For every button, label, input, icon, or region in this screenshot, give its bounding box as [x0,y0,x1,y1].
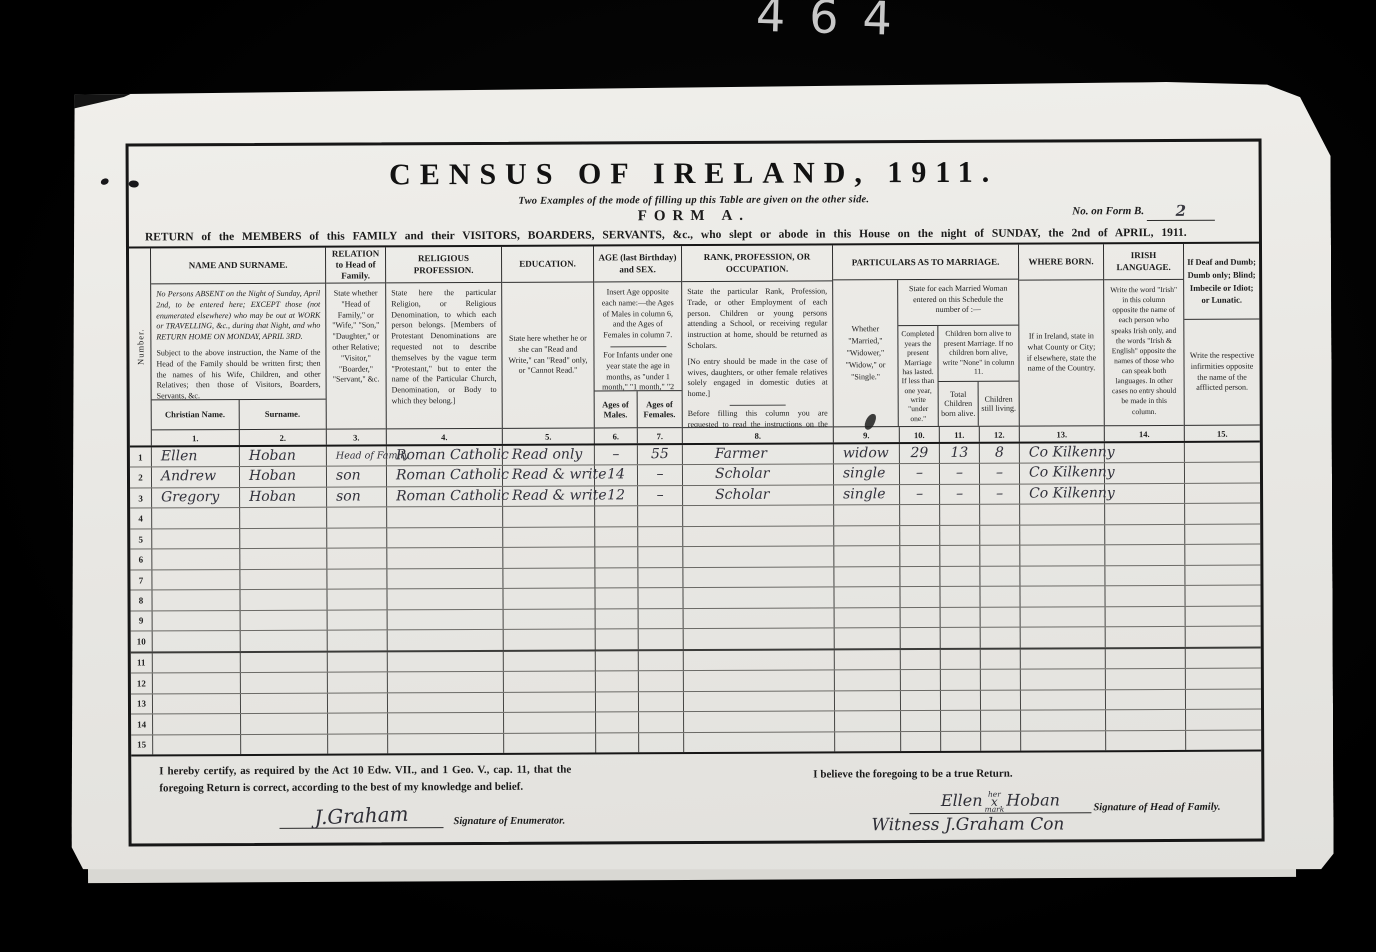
cell-education [504,609,596,629]
irish-title: IRISH LANGUAGE. [1104,244,1183,280]
cell-marriage [834,546,900,566]
cell-where_born: Co Kilkenny [1020,484,1105,504]
cell-no: 4 [130,509,152,529]
cell-born_alive: 13 [940,444,980,464]
column-marriage-group: PARTICULARS AS TO MARRIAGE. Whether "Mar… [833,245,1020,443]
cell-age_f [638,547,683,567]
cell-education [503,548,595,568]
cell-where_born [1020,587,1105,607]
marriage-title: PARTICULARS AS TO MARRIAGE. [833,245,1018,281]
cell-born_alive [940,567,980,587]
cell-age_f [639,609,684,629]
cell-relation [327,508,387,528]
cell-years: – [900,485,940,505]
column-education: EDUCATION. State here whether he or she … [502,246,595,443]
cell-infirmity [1186,627,1261,647]
name-subheaders: Christian Name. Surname. [152,399,326,430]
cell-age_f: – [638,486,683,506]
cell-irish [1105,484,1185,504]
column-religion: RELIGIOUS PROFESSION. State here the par… [386,247,503,445]
cell-religion [387,548,503,568]
cell-age_m [596,671,639,691]
cell-surname [240,549,327,569]
cell-marriage [834,587,900,607]
cell-infirmity [1185,565,1260,585]
cell-age_f [639,712,684,732]
cell-christian [153,611,241,631]
cell-occupation [683,506,834,526]
marriage-lower: Completed years the present Marriage has… [898,326,1018,426]
cell-age_m [596,651,639,671]
column-irish-language: IRISH LANGUAGE. Write the word "Irish" i… [1104,244,1185,441]
cell-years [901,628,941,648]
cell-education [503,507,595,527]
cell-irish [1105,566,1185,586]
column-number-7: 7. [638,428,682,443]
cell-years: 29 [900,444,940,464]
cell-born_alive [941,711,981,731]
form-b-number: No. on Form B. 2 [1072,200,1215,220]
marriage-column-numbers: 9. 10. 11. 12. [834,426,1019,443]
column-relation: RELATION to Head of Family. State whethe… [326,247,387,444]
cell-infirmity [1185,504,1260,524]
return-statement: RETURN of the MEMBERS of this FAMILY and… [145,227,1243,244]
cell-occupation [684,712,835,732]
cell-where_born [1021,690,1106,710]
form-b-value-handwritten: 2 [1147,202,1215,221]
cell-marriage: single [834,485,900,505]
subheader-ages-females: Ages of Females. [637,391,682,427]
cell-living [981,670,1021,690]
cell-no: 12 [131,674,153,694]
age-column-numbers: 6. 7. [595,427,682,443]
scan-background: 464 CENSUS OF IRELAND, 1911. Two Example… [0,0,1376,952]
cell-occupation [683,526,834,546]
census-form: CENSUS OF IRELAND, 1911. Two Examples of… [126,139,1265,847]
cell-no: 11 [131,653,153,673]
cell-no: 2 [130,468,152,488]
subheader-ages-males: Ages of Males. [595,391,638,427]
cell-irish [1106,730,1186,750]
cell-marriage [835,732,901,752]
column-number-12: 12. [980,427,1019,442]
cell-christian [153,714,241,734]
cell-no: 5 [130,529,152,549]
cell-marriage [835,650,901,670]
infirmity-title: If Deaf and Dumb; Dumb only; Blind; Imbe… [1184,244,1259,320]
column-number-13: 13. [1020,425,1104,441]
column-number-6: 6. [595,428,638,443]
cell-born_alive [940,546,980,566]
rank-note1: State the particular Rank, Profession, T… [687,286,827,351]
cell-relation: son [327,467,387,487]
cell-infirmity [1185,524,1260,544]
cell-age_m: 14 [595,466,638,486]
cell-no: 14 [131,714,153,734]
cell-living [980,566,1020,586]
cell-occupation [683,547,834,567]
column-number-14: 14. [1105,425,1184,441]
cell-relation [327,569,387,589]
cell-religion: Roman Catholic [387,487,503,507]
head-signature-first: Ellen [941,791,983,810]
cell-infirmity [1185,483,1260,503]
cell-age_f [639,671,684,691]
cell-education [504,672,596,692]
cell-occupation [684,650,835,670]
cell-age_f [638,568,683,588]
cell-living: – [980,464,1020,484]
religion-title: RELIGIOUS PROFESSION. [386,247,501,284]
cell-born_alive [940,526,980,546]
cell-relation [328,693,388,713]
cell-no: 9 [131,611,153,631]
cell-surname [241,673,328,693]
marriage-right: State for each Married Woman entered on … [898,280,1019,426]
cell-where_born [1020,525,1105,545]
subheader-children-living: Children still living. [979,382,1019,426]
column-age-sex: AGE (last Birthday) and SEX. Insert Age … [594,246,683,443]
cell-irish [1106,627,1186,647]
cell-occupation [683,588,834,608]
cell-occupation: Farmer [683,444,834,464]
children-note: Children born alive to present Marriage.… [938,326,1018,382]
cell-occupation: Scholar [683,485,834,505]
cell-age_f: 55 [638,445,683,465]
cell-christian [152,508,240,528]
column-number-2: 2. [240,430,326,445]
table-row: 15 [131,730,1261,754]
cell-religion [387,589,503,609]
enumerator-certification-text: I hereby certify, as required by the Act… [159,762,571,797]
cell-christian [153,735,241,755]
cell-religion [388,733,504,753]
cell-occupation: Scholar [683,465,834,485]
relation-note: State whether "Head of Family," or "Wife… [326,283,386,428]
cell-born_alive [941,670,981,690]
head-signature-label: Signature of Head of Family. [1093,802,1220,814]
cell-occupation [684,629,835,649]
cell-age_m [595,507,638,527]
column-number: Number. [129,248,152,445]
column-where-born: WHERE BORN. If in Ireland, state in what… [1019,244,1105,441]
completed-years-note: Completed years the present Marriage has… [898,326,938,426]
where-born-title: WHERE BORN. [1019,244,1103,280]
cell-surname [241,631,328,651]
cell-years [901,670,941,690]
table-header: Number. NAME AND SURNAME. No Persons ABS… [129,242,1260,448]
cell-no: 8 [130,591,152,611]
cell-born_alive [941,690,981,710]
cell-age_f [639,733,684,753]
cell-infirmity [1185,545,1260,565]
cell-infirmity [1186,710,1261,730]
cell-years [901,608,941,628]
cell-relation [328,631,388,651]
enumerator-signature-label: Signature of Enumerator. [453,816,565,827]
cell-age_f [639,629,684,649]
column-number-8: 8. [683,426,833,443]
cell-living [981,690,1021,710]
cell-age_f [639,651,684,671]
name-title: NAME AND SURNAME. [151,248,325,285]
cell-born_alive [940,505,980,525]
rank-note3: Before filling this column you are reque… [688,408,828,427]
cell-relation [327,590,387,610]
film-frame-number: 464 [755,0,916,46]
married-woman-note: State for each Married Woman entered on … [898,280,1018,327]
cell-relation [328,673,388,693]
mark-bottom: mark [985,807,1005,813]
cell-irish [1105,545,1185,565]
cell-relation [328,652,388,672]
ink-dot [100,178,109,186]
rank-note2: [No entry should be made in the case of … [687,356,827,400]
cell-marriage [834,526,900,546]
enumerator-signature-line: J.Graham [279,803,443,829]
cell-where_born: Co Kilkenny [1020,443,1105,463]
cell-surname: Hoban [240,488,327,508]
cell-surname: Hoban [240,467,327,487]
where-born-note: If in Ireland, state in what County or C… [1019,280,1104,425]
cell-born_alive [941,608,981,628]
cell-years [901,732,941,752]
cell-age_f: – [638,466,683,486]
cell-irish [1105,586,1185,606]
cell-occupation [684,732,835,752]
cell-no: 15 [131,735,153,755]
marriage-whether-note: Whether "Married," "Widower," "Widow," o… [833,281,899,427]
cell-surname [240,508,327,528]
cell-no: 6 [130,550,152,570]
cell-age_f [638,527,683,547]
cell-years [901,691,941,711]
cell-religion [388,692,504,712]
cell-education [504,733,596,753]
cell-education: Read & write [503,466,595,486]
divider [730,405,786,406]
cell-years: – [900,464,940,484]
cell-christian: Andrew [152,467,240,487]
cell-irish [1106,649,1186,669]
cell-relation: Head of Family [327,446,387,466]
cell-where_born [1021,607,1106,627]
head-signature-last: Hoban [1006,790,1060,809]
cell-no: 13 [131,694,153,714]
cell-occupation [684,671,835,691]
cell-education [504,713,596,733]
cell-age_m [596,609,639,629]
cell-no: 7 [130,570,152,590]
cell-where_born [1021,627,1106,647]
marriage-body: Whether "Married," "Widower," "Widow," o… [833,280,1019,427]
cell-surname [241,693,328,713]
education-note: State here whether he or she can "Read a… [502,282,594,427]
age-note1: Insert Age opposite each name:—the Ages … [599,287,676,341]
cell-education [503,589,595,609]
cell-relation [327,549,387,569]
cell-born_alive [941,731,981,751]
cell-where_born [1020,546,1105,566]
cell-marriage [835,628,901,648]
infirmity-note: Write the respective infirmities opposit… [1184,320,1259,425]
column-name-surname: NAME AND SURNAME. No Persons ABSENT on t… [151,248,327,446]
cell-religion: Roman Catholic [387,466,503,486]
cell-christian [152,549,240,569]
cell-relation [328,734,388,754]
cell-infirmity [1185,443,1260,463]
cell-no: 10 [131,632,153,652]
cell-infirmity [1186,689,1261,709]
form-b-label: No. on Form B. [1072,205,1144,217]
cell-age_f [638,506,683,526]
cell-irish [1105,463,1185,483]
cell-education [503,568,595,588]
census-form-paper: CENSUS OF IRELAND, 1911. Two Examples of… [68,81,1333,874]
cell-age_m [596,712,639,732]
cell-relation [328,610,388,630]
cell-age_m [595,568,638,588]
form-title: CENSUS OF IRELAND, 1911. [129,142,1259,194]
cell-christian [153,694,241,714]
paper-corner-fold [64,80,160,110]
cell-relation [328,713,388,733]
cell-living [981,607,1021,627]
cell-infirmity [1186,648,1261,668]
cell-where_born [1021,710,1106,730]
cell-surname [240,569,327,589]
cell-occupation [684,608,835,628]
cell-born_alive: – [940,485,980,505]
column-infirmity: If Deaf and Dumb; Dumb only; Blind; Imbe… [1184,244,1260,441]
column-number-11: 11. [940,427,980,442]
cell-education [503,527,595,547]
cell-marriage [835,608,901,628]
cell-age_m [595,589,638,609]
cell-irish [1105,525,1185,545]
cell-christian: Gregory [152,488,240,508]
cell-occupation [684,691,835,711]
cell-no: 3 [130,488,152,508]
cell-infirmity [1186,606,1261,626]
cell-irish [1105,504,1185,524]
age-note2: For Infants under one year state the age… [599,350,676,390]
cell-born_alive [941,649,981,669]
cell-age_m [596,629,639,649]
cell-religion [387,569,503,589]
name-instructions: No Persons ABSENT on the Night of Sunday… [151,284,326,400]
cell-infirmity [1186,730,1261,750]
table-rows: 1EllenHobanHead of FamilyRoman CatholicR… [130,443,1261,757]
cell-years [901,711,941,731]
true-return-statement: I believe the foregoing to be a true Ret… [813,768,1012,781]
cell-living [981,731,1021,751]
religion-note: State here the particular Religion, or R… [386,283,502,429]
cell-no: 1 [130,447,152,467]
cell-age_m: – [595,445,638,465]
cell-surname [241,714,328,734]
cell-religion: Roman Catholic [387,446,503,466]
cell-years [900,505,940,525]
cell-occupation [683,567,834,587]
children-subheaders: Total Children born alive. Children stil… [939,382,1019,426]
cell-surname [241,734,328,754]
cell-age_m [596,692,639,712]
cell-infirmity [1185,463,1260,483]
cell-marriage [835,691,901,711]
cell-relation [327,528,387,548]
cell-religion [387,507,503,527]
name-note1: No Persons ABSENT on the Night of Sunday… [156,289,320,344]
cell-living: 8 [980,444,1020,464]
cell-marriage [834,567,900,587]
column-number-3: 3. [327,428,386,444]
column-number-10: 10. [900,427,940,442]
cell-religion [387,528,503,548]
cell-education: Read only [503,445,595,465]
cell-surname [240,590,327,610]
subheader-christian-name: Christian Name. [152,400,240,429]
cell-years [900,567,940,587]
cell-christian: Ellen [152,447,240,467]
cell-years [900,546,940,566]
irish-note: Write the word "Irish" in this column op… [1104,280,1184,425]
number-label: Number. [135,329,145,366]
cell-infirmity [1185,586,1260,606]
cell-living [981,711,1021,731]
cell-education [504,630,596,650]
education-title: EDUCATION. [502,246,593,282]
cell-born_alive [940,587,980,607]
column-number-1: 1. [152,430,240,445]
cell-surname [240,529,327,549]
form-title-block: CENSUS OF IRELAND, 1911. Two Examples of… [129,142,1259,247]
cell-where_born [1021,649,1106,669]
cell-christian [152,590,240,610]
column-number-15: 15. [1185,425,1260,441]
cell-age_f [638,588,683,608]
cell-years [901,650,941,670]
children-group: Children born alive to present Marriage.… [938,326,1018,426]
head-signature-line: EllenherxmarkHoban [909,790,1091,814]
cell-christian [153,653,241,673]
cell-surname: Hoban [240,447,327,467]
cell-education: Read & write [503,486,595,506]
cell-years [900,526,940,546]
age-subheaders: Ages of Males. Ages of Females. [595,390,682,427]
age-note: Insert Age opposite each name:—the Ages … [594,282,681,390]
name-note2: Subject to the above instruction, the Na… [156,348,320,400]
cell-living [980,546,1020,566]
cell-living: – [980,485,1020,505]
rank-title: RANK, PROFESSION, OR OCCUPATION. [682,245,832,282]
cell-age_f [639,692,684,712]
cell-where_born [1021,731,1106,751]
cell-christian [152,529,240,549]
cell-age_m [595,527,638,547]
cell-years [900,587,940,607]
column-number-5: 5. [503,427,594,443]
cell-irish [1106,607,1186,627]
cell-where_born: Co Kilkenny [1020,464,1105,484]
cell-living [980,587,1020,607]
cell-age_m: 12 [595,486,638,506]
cell-education [504,651,596,671]
cell-christian [153,673,241,693]
cell-born_alive: – [940,464,980,484]
cell-living [980,525,1020,545]
cell-relation: son [327,487,387,507]
